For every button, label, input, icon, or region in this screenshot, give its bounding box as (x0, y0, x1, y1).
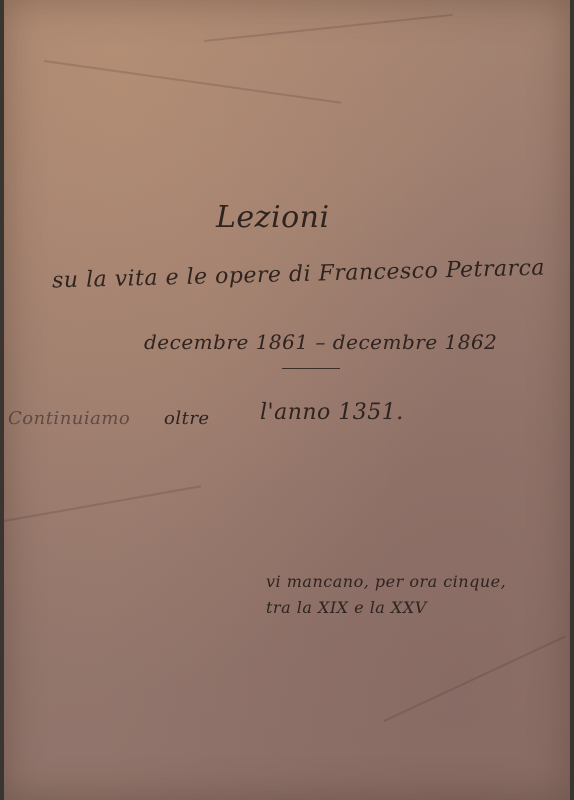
continuation-year: l'anno 1351. (260, 400, 404, 425)
paper-crease (384, 636, 566, 722)
continuation-word: Continuiamo (8, 408, 130, 429)
paper-crease (4, 485, 201, 522)
note-line-1: vi mancano, per ora cinque, (266, 572, 506, 591)
paper-crease (44, 60, 341, 104)
manuscript-page: Lezioni su la vita e le opere di Frances… (4, 0, 570, 800)
note-line-2: tra la XIX e la XXV (266, 598, 427, 617)
divider-line (282, 368, 340, 369)
continuation-oltre: oltre (164, 408, 210, 429)
manuscript-dates: decembre 1861 – decembre 1862 (144, 330, 497, 354)
paper-crease (204, 14, 453, 42)
manuscript-title: Lezioni (216, 200, 330, 235)
manuscript-subtitle: su la vita e le opere di Francesco Petra… (52, 256, 546, 294)
